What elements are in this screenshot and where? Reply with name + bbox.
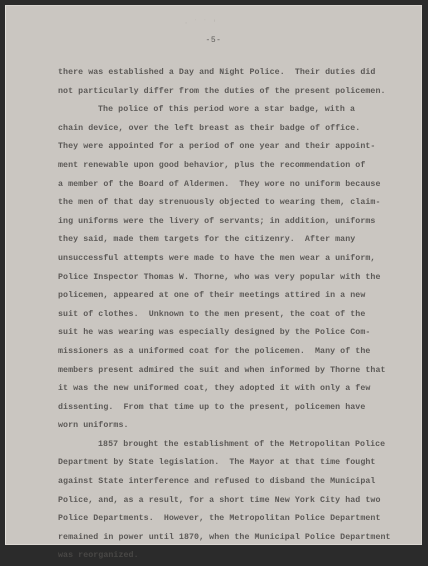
text-line: unsuccessful attempts were made to have … xyxy=(58,250,398,269)
text-line: ment renewable upon good behavior, plus … xyxy=(58,157,398,176)
text-line: the men of that day strenuously objected… xyxy=(58,194,398,213)
text-line: a member of the Board of Aldermen. They … xyxy=(58,176,398,195)
text-line: it was the new uniformed coat, they adop… xyxy=(58,380,398,399)
text-line: remained in power until 1870, when the M… xyxy=(58,529,398,548)
text-line: against State interference and refused t… xyxy=(58,473,398,492)
text-line: policemen, appeared at one of their meet… xyxy=(58,287,398,306)
text-line: Department by State legislation. The May… xyxy=(58,454,398,473)
text-line: members present admired the suit and whe… xyxy=(58,362,398,381)
text-line: They were appointed for a period of one … xyxy=(58,138,398,157)
text-line: there was established a Day and Night Po… xyxy=(58,64,398,83)
typewritten-page: · ˙ ˙ ' -5- there was established a Day … xyxy=(5,5,422,545)
text-line: Police Departments. However, the Metropo… xyxy=(58,510,398,529)
text-line: chain device, over the left breast as th… xyxy=(58,120,398,139)
text-line: 1857 brought the establishment of the Me… xyxy=(58,436,398,455)
body-text: there was established a Day and Night Po… xyxy=(58,64,398,550)
text-line: missioners as a uniformed coat for the p… xyxy=(58,343,398,362)
text-line: dissenting. From that time up to the pre… xyxy=(58,399,398,418)
text-line: The police of this period wore a star ba… xyxy=(58,101,398,120)
text-line: not particularly differ from the duties … xyxy=(58,83,398,102)
text-line: Police Inspector Thomas W. Thorne, who w… xyxy=(58,269,398,288)
text-line: suit he was wearing was especially desig… xyxy=(58,324,398,343)
text-line: ing uniforms were the livery of servants… xyxy=(58,213,398,232)
text-line: they said, made them targets for the cit… xyxy=(58,231,398,250)
text-line: worn uniforms. xyxy=(58,417,398,436)
page-number: -5- xyxy=(6,36,421,45)
text-line: suit of clothes. Unknown to the men pres… xyxy=(58,306,398,325)
scan-frame: · ˙ ˙ ' -5- there was established a Day … xyxy=(0,0,428,550)
faint-stamp-mark: · ˙ ˙ ' xyxy=(184,20,217,28)
text-line: Police, and, as a result, for a short ti… xyxy=(58,492,398,511)
